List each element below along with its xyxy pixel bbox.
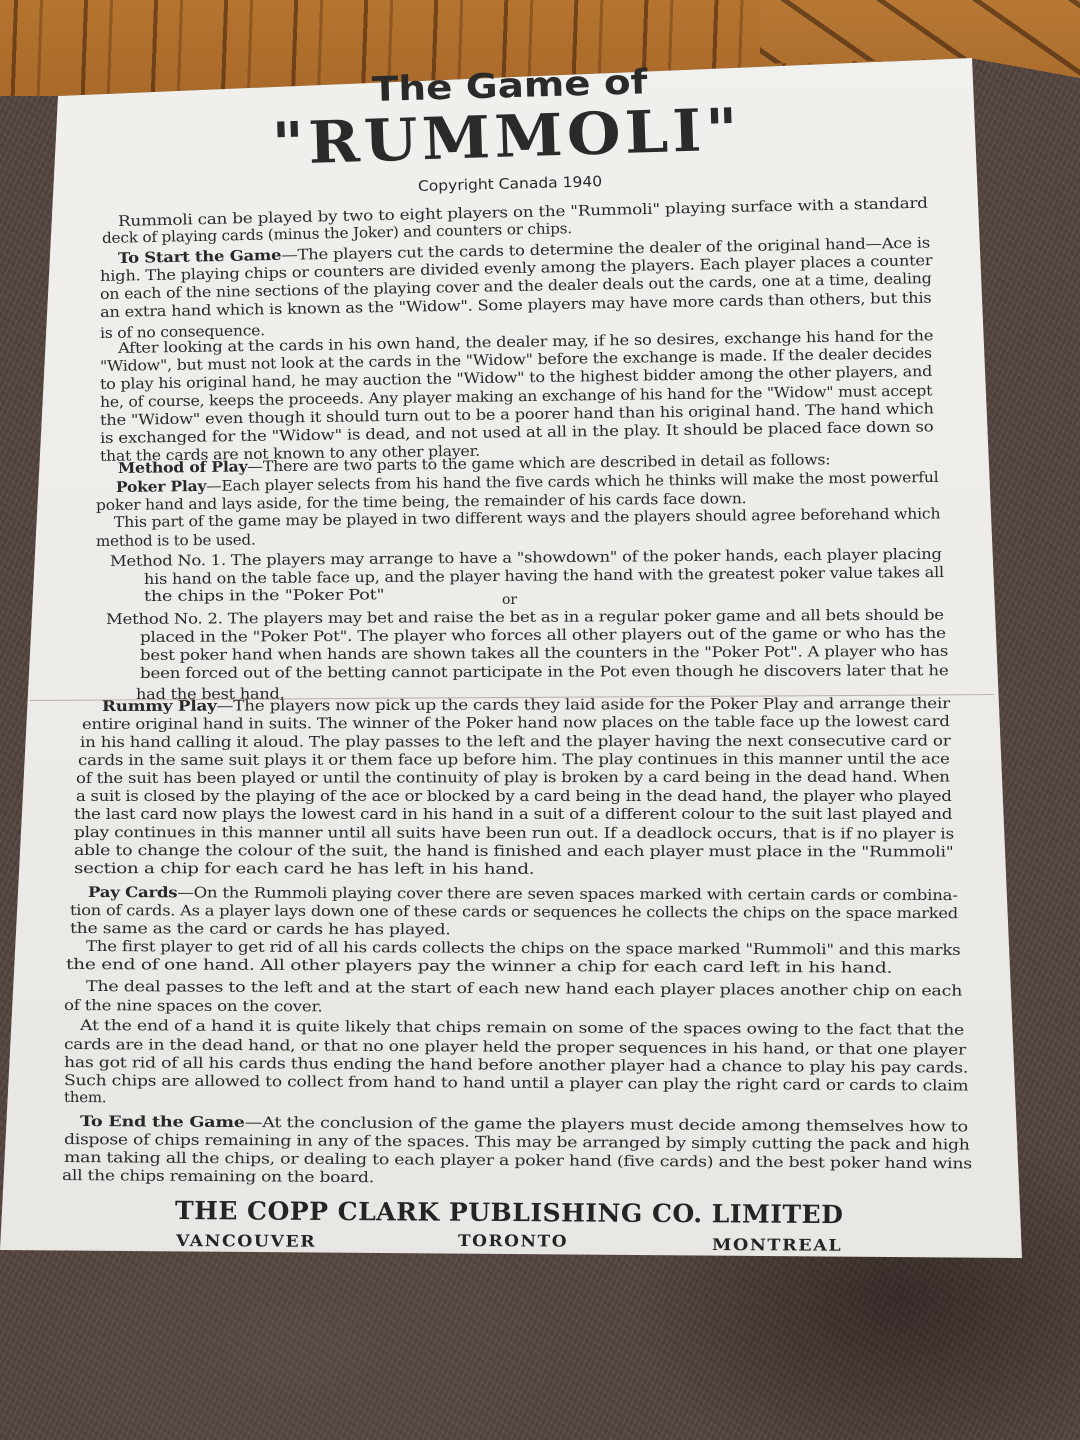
- section-heading: To End the Game: [80, 1113, 245, 1131]
- section-heading: Pay Cards: [88, 884, 177, 901]
- text-line: tion of cards. As a player lays down one…: [70, 902, 958, 922]
- line-text: in his hand calling it aloud. The play p…: [80, 732, 951, 751]
- line-text: the last card now plays the lowest card …: [74, 806, 952, 823]
- line-text: section a chip for each card he has left…: [74, 860, 534, 878]
- text-line: the last card now plays the lowest card …: [74, 806, 952, 823]
- text-line: best poker hand when hands are shown tak…: [140, 643, 948, 664]
- line-text: The deal passes to the left and at the s…: [86, 978, 962, 1000]
- line-text: —The players now pick up the cards they …: [217, 695, 950, 715]
- text-line: of the nine spaces on the cover.: [64, 997, 323, 1015]
- line-text: the chips in the "Poker Pot": [144, 586, 384, 605]
- text-line: Pay Cards—On the Rummoli playing cover t…: [88, 884, 958, 904]
- text-line: the chips in the "Poker Pot": [144, 586, 384, 605]
- text-line: section a chip for each card he has left…: [74, 860, 534, 878]
- line-text: —On the Rummoli playing cover there are …: [177, 884, 957, 904]
- line-text: of the nine spaces on the cover.: [64, 997, 323, 1015]
- text-line: play continues in this manner until all …: [74, 824, 954, 843]
- line-text: of the suit has been played or until the…: [76, 768, 950, 787]
- rules-document: The Game of "RUMMOLI" Copyright Canada 1…: [0, 0, 1080, 1440]
- line-text: method is to be used.: [96, 532, 256, 550]
- text-line: been forced out of the betting cannot pa…: [140, 662, 948, 682]
- section-heading: Rummy Play: [102, 698, 217, 715]
- text-line: them.: [64, 1089, 107, 1106]
- line-text: tion of cards. As a player lays down one…: [70, 902, 958, 922]
- line-text: At the end of a hand it is quite likely …: [80, 1017, 964, 1039]
- text-line: entire original hand in suits. The winne…: [82, 713, 950, 733]
- line-text: play continues in this manner until all …: [74, 824, 954, 843]
- text-line: in his hand calling it aloud. The play p…: [80, 732, 951, 751]
- text-line: method is to be used.: [96, 532, 256, 550]
- text-line: Rummy Play—The players now pick up the c…: [102, 695, 950, 715]
- section-heading: Poker Play: [116, 478, 206, 496]
- line-text: been forced out of the betting cannot pa…: [140, 662, 948, 682]
- copyright-notice: Copyright Canada 1940: [418, 174, 603, 195]
- text-line: At the end of a hand it is quite likely …: [80, 1017, 964, 1039]
- city-toronto: TORONTO: [458, 1231, 568, 1251]
- line-text: able to change the colour of the suit, t…: [74, 842, 953, 861]
- line-text: the same as the card or cards he has pla…: [70, 920, 451, 938]
- line-text: entire original hand in suits. The winne…: [82, 713, 950, 733]
- section-heading: Method of Play: [118, 458, 248, 477]
- line-text: them.: [64, 1089, 107, 1106]
- line-text: all the chips remaining on the board.: [62, 1167, 374, 1186]
- text-line: The deal passes to the left and at the s…: [86, 978, 962, 1000]
- title-rummoli: "RUMMOLI": [271, 95, 743, 178]
- text-line: cards in the same suit plays it or them …: [78, 750, 950, 769]
- line-text: the end of one hand. All other players p…: [66, 956, 892, 977]
- city-vancouver: VANCOUVER: [176, 1231, 316, 1251]
- line-text: a suit is closed by the playing of the a…: [76, 788, 952, 805]
- line-text: best poker hand when hands are shown tak…: [140, 643, 948, 664]
- or-separator: or: [502, 592, 517, 608]
- text-line: all the chips remaining on the board.: [62, 1167, 374, 1186]
- text-line: the same as the card or cards he has pla…: [70, 920, 451, 938]
- text-line: of the suit has been played or until the…: [76, 768, 950, 787]
- text-line: the end of one hand. All other players p…: [66, 956, 892, 977]
- text-line: able to change the colour of the suit, t…: [74, 842, 953, 861]
- text-line: a suit is closed by the playing of the a…: [76, 788, 952, 805]
- publisher-name: THE COPP CLARK PUBLISHING CO. LIMITED: [175, 1196, 844, 1229]
- city-montreal: MONTREAL: [712, 1235, 842, 1255]
- line-text: cards in the same suit plays it or them …: [78, 750, 950, 769]
